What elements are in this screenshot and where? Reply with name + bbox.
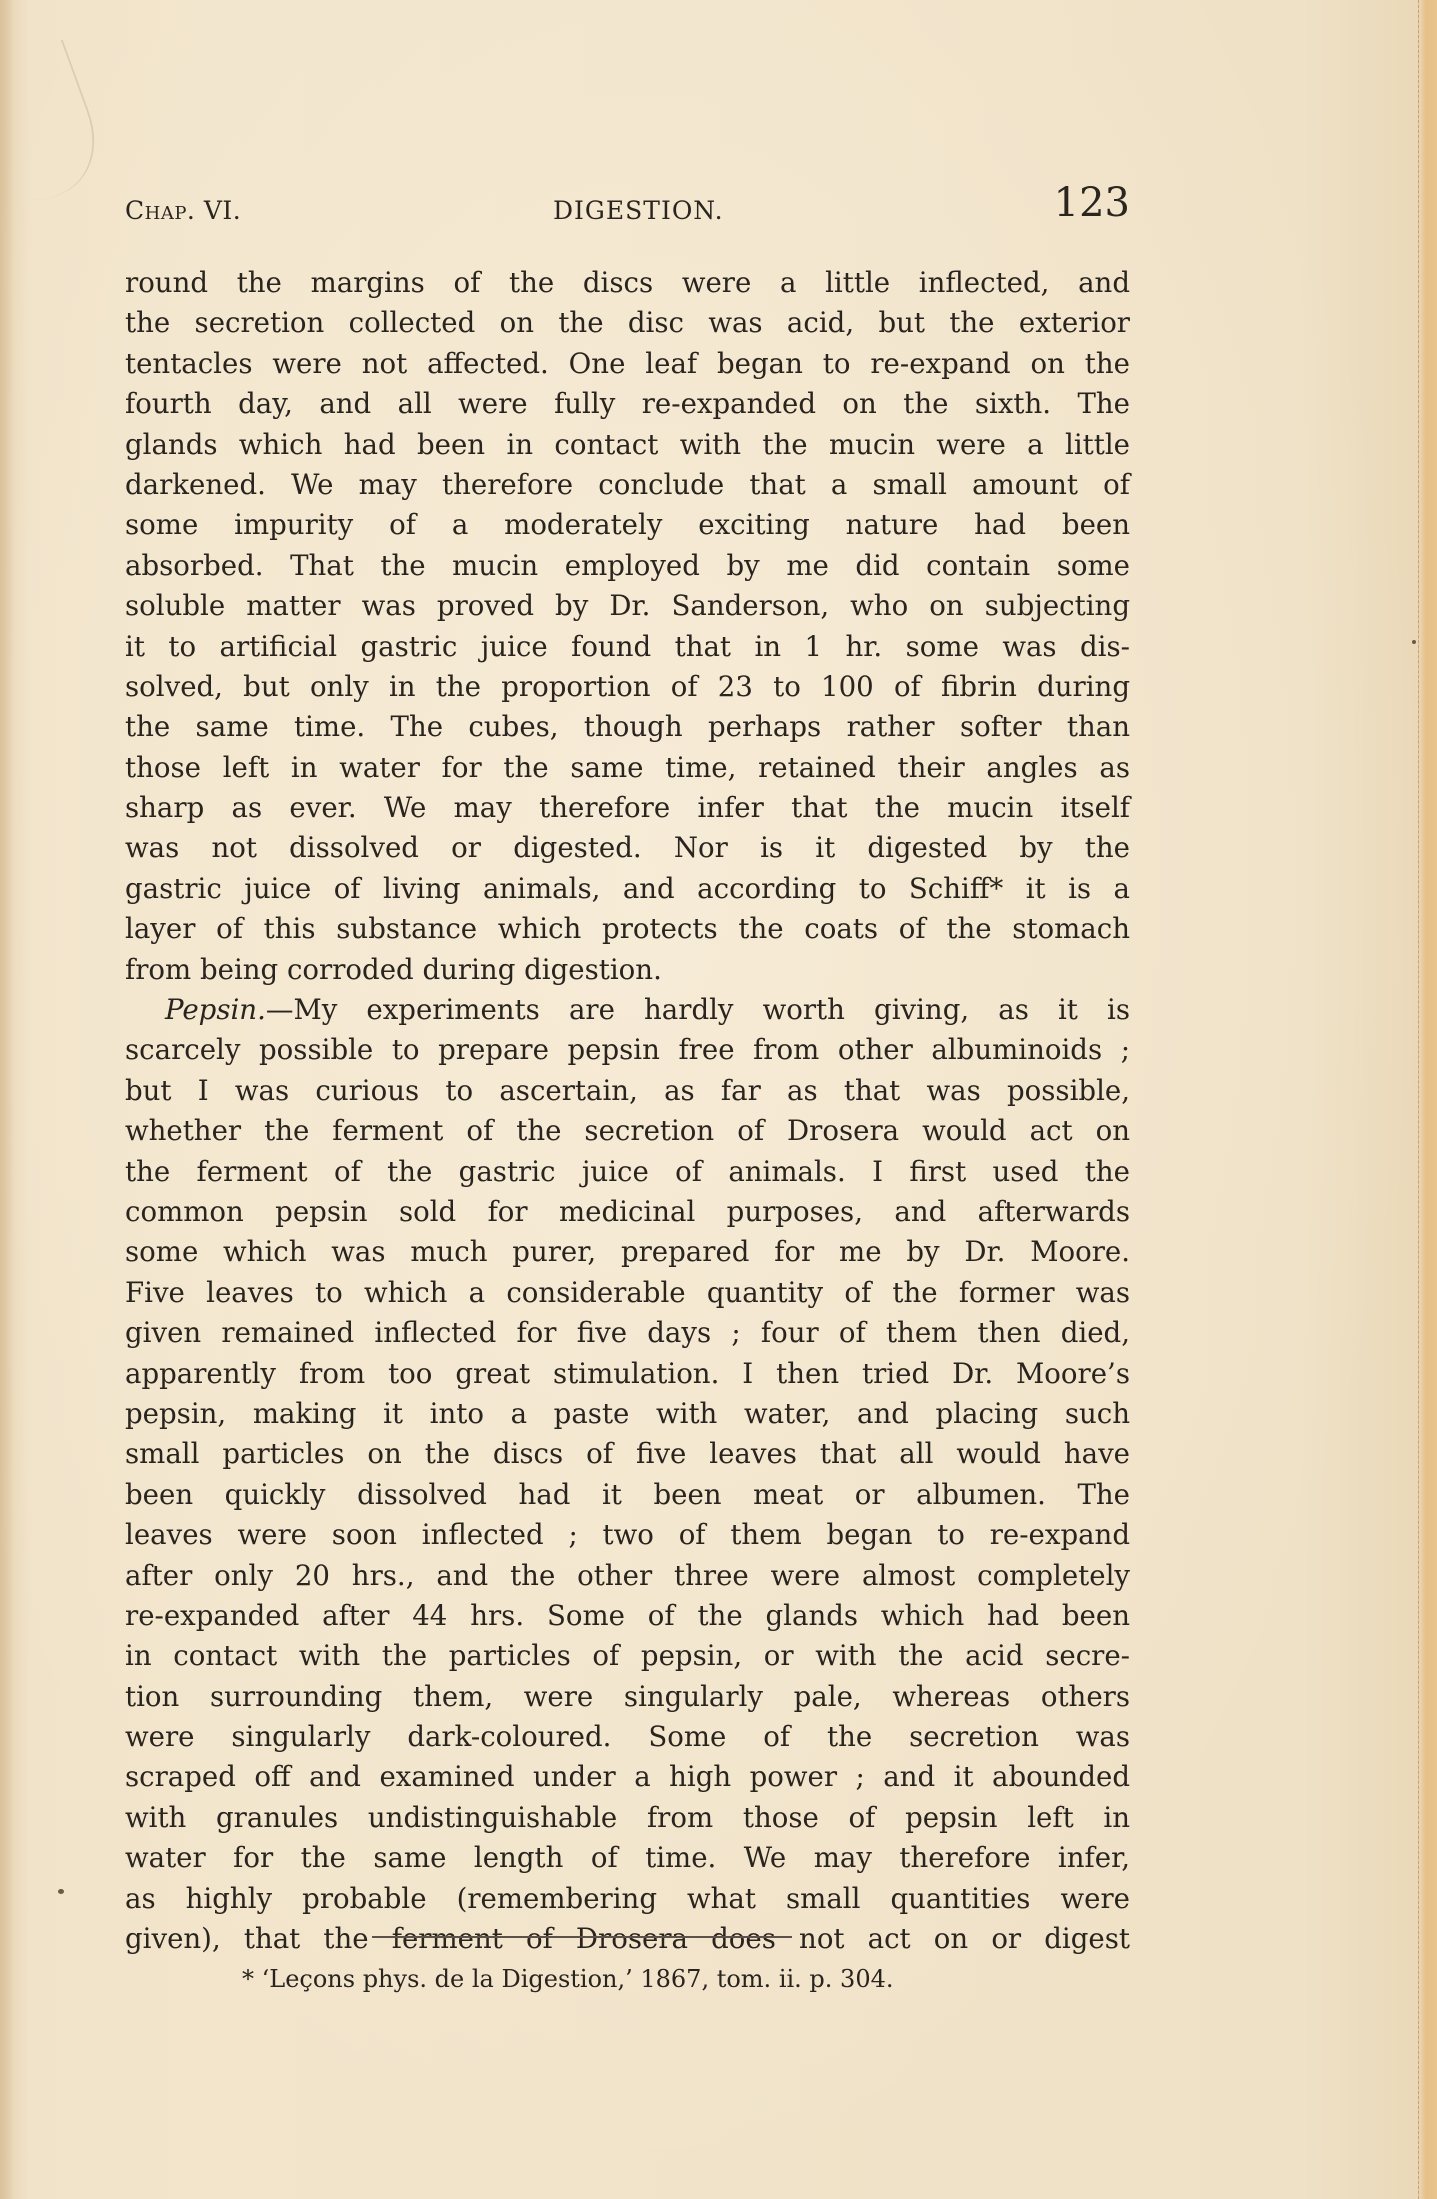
running-head: Chap. VI. DIGESTION. 123 — [125, 180, 1130, 230]
text-line: round the margins of the discs were a li… — [125, 263, 1130, 303]
text-line: apparently from too great stimulation. I… — [125, 1354, 1130, 1394]
chapter-title: DIGESTION. — [553, 196, 724, 225]
text-line: tentacles were not affected. One leaf be… — [125, 344, 1130, 384]
text-line: but I was curious to ascertain, as far a… — [125, 1071, 1130, 1111]
text-line: from being corroded during digestion. — [125, 950, 1130, 990]
text-line: some which was much purer, prepared for … — [125, 1232, 1130, 1272]
footnote: * ‘Leçons phys. de la Digestion,’ 1867, … — [242, 1965, 893, 1993]
text-line: scraped off and examined under a high po… — [125, 1757, 1130, 1797]
text-line: in contact with the particles of pepsin,… — [125, 1636, 1130, 1676]
text-line: tion surrounding them, were singularly p… — [125, 1677, 1130, 1717]
text-line: whether the ferment of the secretion of … — [125, 1111, 1130, 1151]
chapter-label: Chap. VI. — [125, 196, 241, 225]
text-line: absorbed. That the mucin employed by me … — [125, 546, 1130, 586]
text-line: small particles on the discs of five lea… — [125, 1434, 1130, 1474]
paper-speck — [58, 1889, 64, 1894]
text-line: with granules undistinguishable from tho… — [125, 1798, 1130, 1838]
text-line: leaves were soon inflected ; two of them… — [125, 1515, 1130, 1555]
text-line: those left in water for the same time, r… — [125, 748, 1130, 788]
text-line: some impurity of a moderately exciting n… — [125, 505, 1130, 545]
text-line: were singularly dark-coloured. Some of t… — [125, 1717, 1130, 1757]
page-left-edge — [0, 0, 14, 2199]
text-line: was not dissolved or digested. Nor is it… — [125, 828, 1130, 868]
text-line: common pepsin sold for medicinal purpose… — [125, 1192, 1130, 1232]
text-line: given), that the ferment of Drosera does… — [125, 1919, 1130, 1959]
text-line: it to artificial gastric juice found tha… — [125, 627, 1130, 667]
text-line: re-expanded after 44 hrs. Some of the gl… — [125, 1596, 1130, 1636]
footnote-divider — [372, 1936, 792, 1938]
book-page: Chap. VI. DIGESTION. 123 round the margi… — [0, 0, 1437, 2199]
text-line: solved, but only in the proportion of 23… — [125, 667, 1130, 707]
section-lead-italic: Pepsin. — [165, 993, 266, 1026]
text-line: sharp as ever. We may therefore infer th… — [125, 788, 1130, 828]
text-line: fourth day, and all were fully re-expand… — [125, 384, 1130, 424]
text-line: been quickly dissolved had it been meat … — [125, 1475, 1130, 1515]
text-line: glands which had been in contact with th… — [125, 425, 1130, 465]
text-line: scarcely possible to prepare pepsin free… — [125, 1030, 1130, 1070]
text-line: the same time. The cubes, though perhaps… — [125, 707, 1130, 747]
text-line: after only 20 hrs., and the other three … — [125, 1556, 1130, 1596]
text-line: pepsin, making it into a paste with wate… — [125, 1394, 1130, 1434]
text-line: the ferment of the gastric juice of anim… — [125, 1152, 1130, 1192]
body-text: round the margins of the discs were a li… — [125, 263, 1130, 1959]
page-crease — [0, 40, 121, 200]
text-line: layer of this substance which protects t… — [125, 909, 1130, 949]
page-right-edge — [1418, 0, 1437, 2199]
page-number: 123 — [1054, 180, 1130, 226]
text-line: the secretion collected on the disc was … — [125, 303, 1130, 343]
text-line: water for the same length of time. We ma… — [125, 1838, 1130, 1878]
text-line: given remained inflected for five days ;… — [125, 1313, 1130, 1353]
text-line: soluble matter was proved by Dr. Sanders… — [125, 586, 1130, 626]
paper-speck — [1412, 640, 1416, 644]
text-line: Five leaves to which a considerable quan… — [125, 1273, 1130, 1313]
text-line: as highly probable (remembering what sma… — [125, 1879, 1130, 1919]
text-line: gastric juice of living animals, and acc… — [125, 869, 1130, 909]
paragraph-lead-line: Pepsin.—My experiments are hardly worth … — [125, 990, 1130, 1030]
text-line: darkened. We may therefore conclude that… — [125, 465, 1130, 505]
section-lead-text: —My experiments are hardly worth giving,… — [266, 993, 1130, 1026]
